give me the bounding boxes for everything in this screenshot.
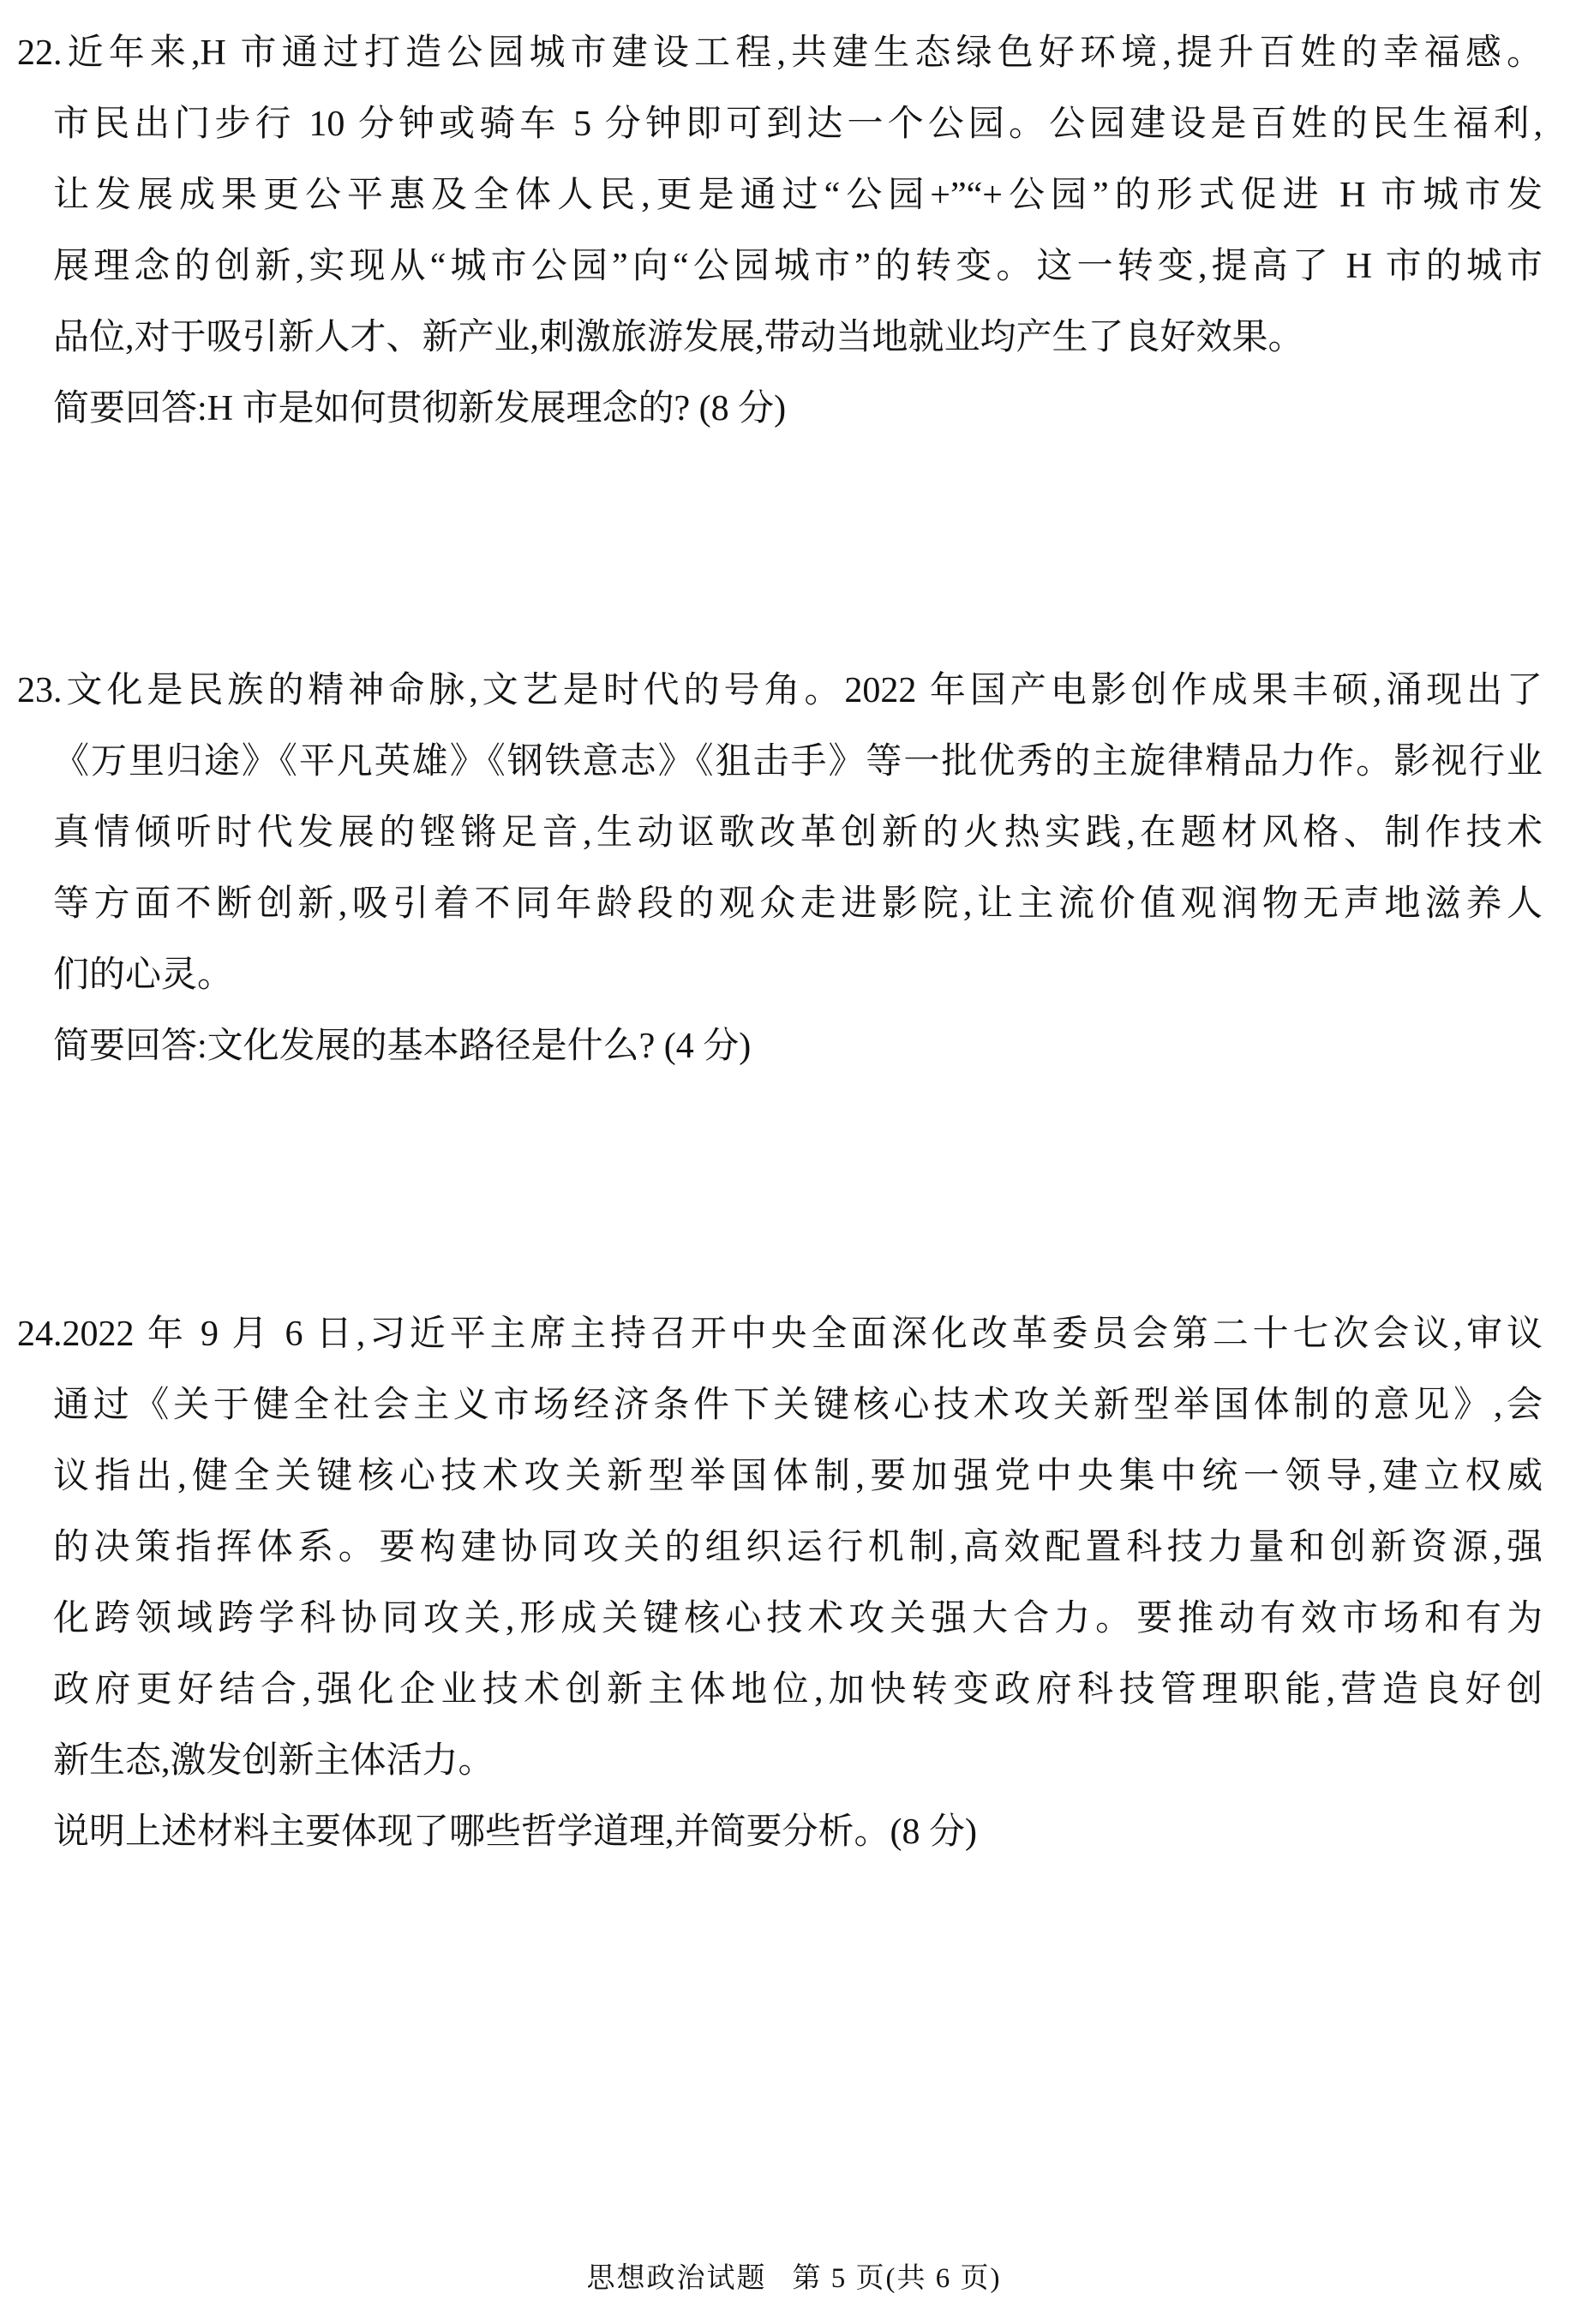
question-line: 通过《关于健全社会主义市场经济条件下关键核心技术攻关新型举国体制的意见》,会 (53, 1370, 1543, 1441)
question-line: 们的心灵。 (53, 940, 1543, 1011)
question-number: 22. (17, 33, 63, 73)
question-prompt: 说明上述材料主要体现了哪些哲学道理,并简要分析。(8 分) (53, 1797, 1543, 1868)
question-22: 22.近年来,H 市通过打造公园城市建设工程,共建生态绿色好环境,提升百姓的幸福… (17, 18, 1543, 445)
question-line: 的决策指挥体系。要构建协同攻关的组织运行机制,高效配置科技力量和创新资源,强 (53, 1512, 1543, 1584)
question-text: 2022 年 9 月 6 日,习近平主席主持召开中央全面深化改革委员会第二十七次… (63, 1315, 1543, 1354)
question-24: 24.2022 年 9 月 6 日,习近平主席主持召开中央全面深化改革委员会第二… (17, 1299, 1543, 1868)
footer-page-number: 第 5 页(共 6 页) (793, 2263, 1002, 2294)
question-line: 品位,对于吸引新人才、新产业,刺激旅游发展,带动当地就业均产生了良好效果。 (53, 302, 1543, 374)
question-line: 《万里归途》《平凡英雄》《钢铁意志》《狙击手》等一批优秀的主旋律精品力作。影视行… (53, 727, 1543, 798)
question-number: 24. (17, 1315, 63, 1354)
question-line: 让发展成果更公平惠及全体人民,更是通过“公园+”“+公园”的形式促进 H 市城市… (53, 160, 1543, 231)
footer-exam-title: 思想政治试题 (587, 2263, 767, 2294)
question-prompt: 简要回答:文化发展的基本路径是什么? (4 分) (53, 1011, 1543, 1082)
question-line: 化跨领域跨学科协同攻关,形成关键核心技术攻关强大合力。要推动有效市场和有为 (53, 1584, 1543, 1655)
question-prompt: 简要回答:H 市是如何贯彻新发展理念的? (8 分) (53, 374, 1543, 445)
question-line: 真情倾听时代发展的铿锵足音,生动讴歌改革创新的火热实践,在题材风格、制作技术 (53, 798, 1543, 869)
page-footer: 思想政治试题第 5 页(共 6 页) (0, 2259, 1588, 2298)
question-line: 议指出,健全关键核心技术攻关新型举国体制,要加强党中央集中统一领导,建立权威 (53, 1441, 1543, 1512)
question-line: 24.2022 年 9 月 6 日,习近平主席主持召开中央全面深化改革委员会第二… (53, 1299, 1543, 1370)
question-line: 23.文化是民族的精神命脉,文艺是时代的号角。2022 年国产电影创作成果丰硕,… (53, 656, 1543, 727)
question-line: 展理念的创新,实现从“城市公园”向“公园城市”的转变。这一转变,提高了 H 市的… (53, 231, 1543, 302)
question-text: 近年来,H 市通过打造公园城市建设工程,共建生态绿色好环境,提升百姓的幸福感。 (63, 33, 1543, 73)
question-23: 23.文化是民族的精神命脉,文艺是时代的号角。2022 年国产电影创作成果丰硕,… (17, 656, 1543, 1082)
question-line: 市民出门步行 10 分钟或骑车 5 分钟即可到达一个公园。公园建设是百姓的民生福… (53, 89, 1543, 160)
question-line: 22.近年来,H 市通过打造公园城市建设工程,共建生态绿色好环境,提升百姓的幸福… (53, 18, 1543, 89)
question-text: 文化是民族的精神命脉,文艺是时代的号角。2022 年国产电影创作成果丰硕,涌现出… (63, 671, 1543, 710)
question-number: 23. (17, 671, 63, 710)
question-line: 政府更好结合,强化企业技术创新主体地位,加快转变政府科技管理职能,营造良好创 (53, 1655, 1543, 1726)
exam-paper-page: 22.近年来,H 市通过打造公园城市建设工程,共建生态绿色好环境,提升百姓的幸福… (0, 0, 1588, 2324)
question-line: 等方面不断创新,吸引着不同年龄段的观众走进影院,让主流价值观润物无声地滋养人 (53, 869, 1543, 940)
question-line: 新生态,激发创新主体活力。 (53, 1726, 1543, 1797)
